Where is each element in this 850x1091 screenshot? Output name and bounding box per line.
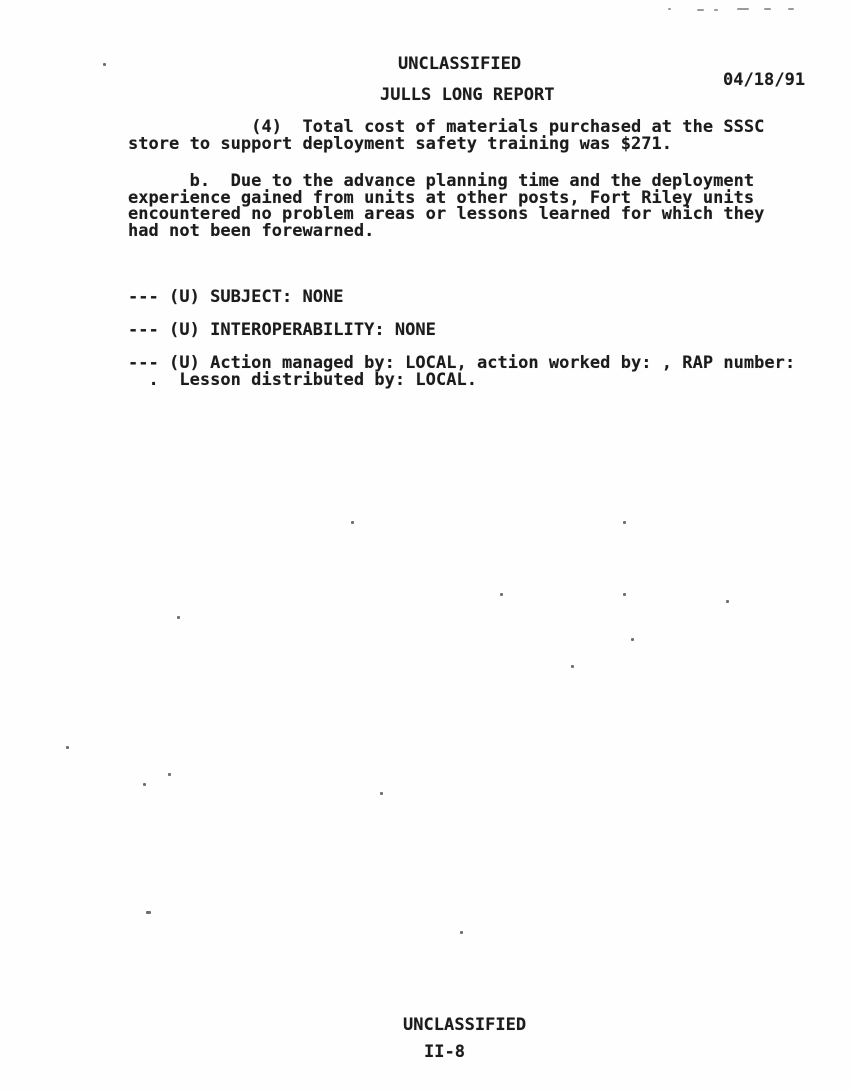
classification-footer: UNCLASSIFIED — [403, 1017, 526, 1034]
scan-speck — [726, 600, 729, 603]
scan-artifact-dash — [668, 8, 671, 10]
scan-speck — [460, 931, 463, 934]
scan-artifact-dash — [788, 8, 794, 10]
scan-artifact-dash — [764, 8, 771, 10]
scan-speck — [631, 638, 634, 641]
page-number: II-8 — [424, 1044, 465, 1061]
scan-speck — [103, 63, 106, 66]
scan-speck — [500, 593, 503, 596]
report-title: JULLS LONG REPORT — [380, 87, 555, 104]
scan-speck — [571, 665, 574, 668]
scan-speck — [143, 783, 146, 786]
scan-speck — [66, 746, 69, 749]
scan-speck — [380, 792, 383, 795]
action-managed-line: --- (U) Action managed by: LOCAL, action… — [128, 355, 795, 389]
paragraph-4-total-cost: (4) Total cost of materials purchased at… — [128, 119, 764, 152]
scan-speck — [623, 593, 626, 596]
paragraph-b-advance-planning: b. Due to the advance planning time and … — [128, 173, 764, 239]
classification-header: UNCLASSIFIED — [398, 56, 521, 73]
scan-speck — [623, 521, 626, 524]
scan-speck — [168, 773, 171, 776]
scan-speck — [177, 616, 180, 619]
scan-speck — [351, 521, 354, 524]
document-page: UNCLASSIFIED 04/18/91 JULLS LONG REPORT … — [0, 0, 850, 1091]
scan-artifact-dash — [714, 9, 718, 11]
scan-artifact-dash — [697, 9, 704, 11]
report-date: 04/18/91 — [723, 72, 805, 89]
scan-artifact-dash — [737, 8, 749, 10]
subject-line: --- (U) SUBJECT: NONE — [128, 289, 344, 306]
scan-speck — [146, 911, 151, 914]
interoperability-line: --- (U) INTEROPERABILITY: NONE — [128, 322, 436, 339]
